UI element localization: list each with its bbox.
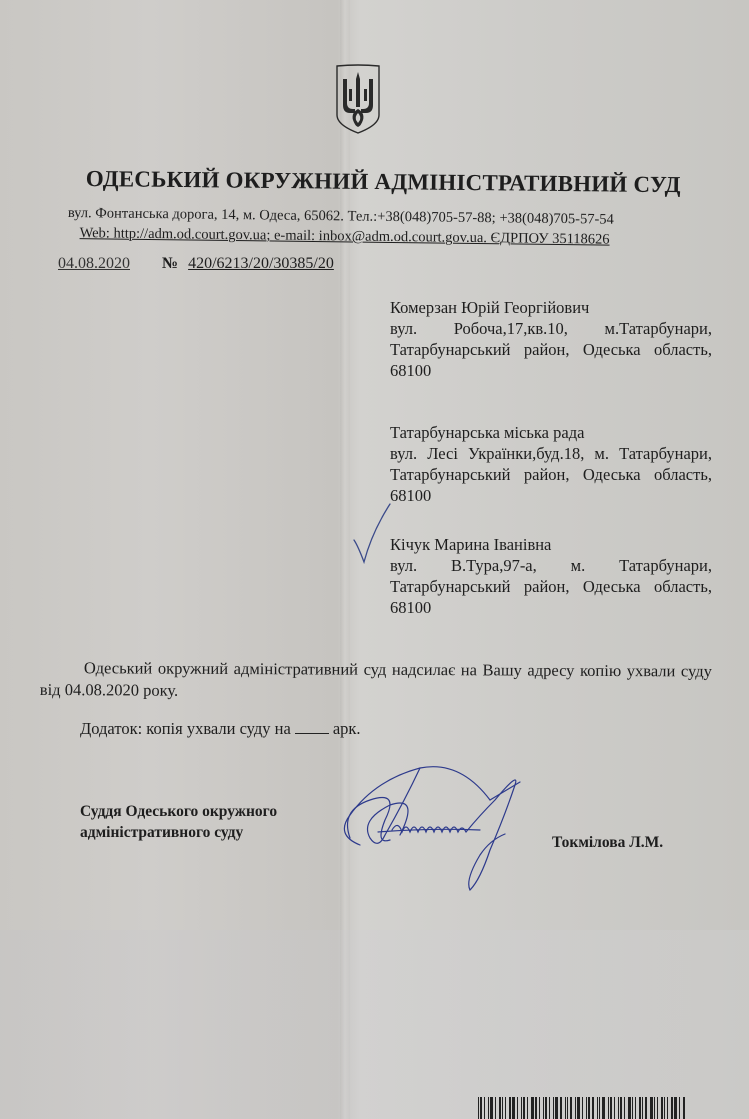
recipient-address: вул. Робоча,17,кв.10, м.Татарбунари, Тат…	[390, 318, 712, 381]
recipient-block: Комерзан Юрій Георгійович вул. Робоча,17…	[390, 297, 712, 381]
signer-title-line: Суддя Одеського окружного	[80, 801, 277, 822]
outgoing-reference: 04.08.2020 № 420/6213/20/30385/20	[58, 255, 334, 273]
signer-title-line: адміністративного суду	[80, 822, 277, 843]
recipient-address: вул. Лесі Українки,буд.18, м. Татарбунар…	[390, 443, 712, 506]
letter-body: Одеський окружний адміністративний суд н…	[40, 657, 712, 705]
handwritten-checkmark-icon	[352, 502, 392, 566]
number-sign: №	[162, 255, 178, 272]
recipient-name: Татарбунарська міська рада	[390, 422, 712, 443]
recipient-name: Комерзан Юрій Георгійович	[390, 297, 712, 318]
signer-name: Токмілова Л.М.	[552, 834, 663, 852]
court-name-heading: ОДЕСЬКИЙ ОКРУЖНИЙ АДМІНІСТРАТИВНИЙ СУД	[86, 166, 706, 198]
outgoing-number: 420/6213/20/30385/20	[188, 255, 334, 272]
recipient-block: Кічук Марина Іванівна вул. В.Тура,97-а, …	[390, 534, 712, 618]
attachment-blank-field	[295, 733, 329, 734]
attachment-line: Додаток: копія ухвали суду наарк.	[80, 719, 361, 739]
signer-title: Суддя Одеського окружного адміністративн…	[80, 801, 277, 843]
barcode	[478, 1097, 700, 1119]
court-contacts: вул. Фонтанська дорога, 14, м. Одеса, 65…	[68, 203, 614, 250]
recipient-name: Кічук Марина Іванівна	[390, 534, 712, 555]
handwritten-signature-icon	[330, 760, 550, 910]
recipient-address: вул. В.Тура,97-а, м. Татарбунари, Татарб…	[390, 555, 712, 618]
paper-shadow	[0, 930, 749, 1119]
trident-coat-of-arms-icon	[334, 63, 382, 135]
attachment-unit: арк.	[333, 719, 361, 738]
recipient-block: Татарбунарська міська рада вул. Лесі Укр…	[390, 422, 712, 506]
attachment-label: Додаток: копія ухвали суду на	[80, 719, 291, 738]
outgoing-date: 04.08.2020	[58, 255, 130, 272]
